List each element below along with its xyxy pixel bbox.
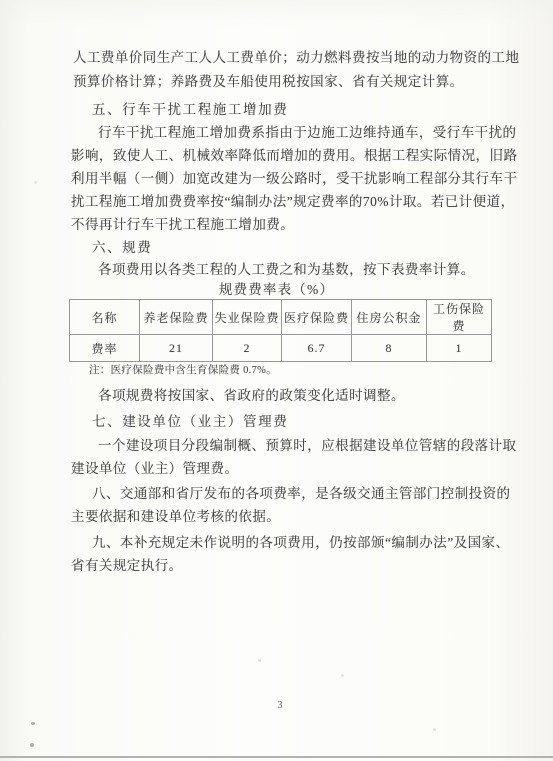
scan-speck bbox=[34, 181, 37, 184]
table-header-cell: 失业保险费 bbox=[213, 300, 282, 335]
text-line: 影响，致使人工、机械效率降低而增加的费用。根据工程实际情况，旧路 bbox=[71, 144, 517, 164]
text-line: 扰工程施工增加费费率按“编制办法”规定费率的70%计取。若已计便道， bbox=[71, 190, 515, 210]
text-line: 各项费用以各类工程的人工费之和为基数，按下表费率计算。 bbox=[98, 258, 475, 278]
page-number: 3 bbox=[0, 700, 553, 711]
text-line: 一个建设项目分段编制概、预算时，应根据建设单位管辖的段落计取 bbox=[98, 434, 517, 454]
text-line: 人工费单价同生产工人人工费单价；动力燃料费按当地的动力物资的工地 bbox=[73, 46, 519, 66]
section-9-line: 九、本补充规定未作说明的各项费用，仍按部颁“编制办法”及国家、 bbox=[92, 531, 509, 551]
scan-speck bbox=[433, 728, 436, 731]
table-header-cell: 医疗保险费 bbox=[282, 300, 352, 335]
text-line: 不得再计行车干扰工程施工增加费。 bbox=[71, 213, 294, 233]
table-header-cell: 工伤保险费 bbox=[427, 300, 492, 335]
table-value-cell: 8 bbox=[352, 335, 427, 362]
table-row-label: 费率 bbox=[70, 335, 140, 362]
table-value-cell: 21 bbox=[140, 335, 213, 362]
table-value-cell: 2 bbox=[213, 335, 282, 362]
table-header-cell: 名称 bbox=[70, 300, 140, 335]
table-footnote: 注：医疗保险费中含生育保险费 0.7%。 bbox=[89, 362, 277, 377]
scanned-document-page: 人工费单价同生产工人人工费单价；动力燃料费按当地的动力物资的工地 预算价格计算；… bbox=[0, 0, 553, 761]
text-line: 建设单位（业主）管理费。 bbox=[71, 457, 238, 477]
scan-bottom-edge bbox=[0, 756, 553, 758]
section-7-heading: 七、建设单位（业主）管理费 bbox=[92, 410, 288, 430]
table-header-cell: 住房公积金 bbox=[352, 300, 427, 335]
text-line: 预算价格计算；养路费及车船使用税按国家、省有关规定计算。 bbox=[73, 70, 464, 90]
scan-speck bbox=[30, 743, 34, 747]
section-5-heading: 五、行车干扰工程施工增加费 bbox=[92, 98, 288, 118]
text-line: 行车干扰工程施工增加费系指由于边施工边维持通车，受行车干扰的 bbox=[98, 121, 517, 141]
scan-speck bbox=[341, 674, 344, 677]
section-8-line: 八、交通部和省厅发布的各项费率，是各级交通主管部门控制投资的 bbox=[92, 482, 511, 502]
table-value-row: 费率 21 2 6.7 8 1 bbox=[70, 335, 492, 362]
table-value-cell: 1 bbox=[427, 335, 492, 362]
table-header-cell: 养老保险费 bbox=[140, 300, 213, 335]
text-line: 省有关规定执行。 bbox=[71, 554, 183, 574]
text-line: 各项规费将按国家、省政府的政策变化适时调整。 bbox=[98, 384, 405, 404]
table-header-row: 名称 养老保险费 失业保险费 医疗保险费 住房公积金 工伤保险费 bbox=[70, 300, 492, 335]
table-value-cell: 6.7 bbox=[282, 335, 352, 362]
scan-speck bbox=[31, 722, 35, 725]
fee-table-caption: 规费费率表（%） bbox=[0, 278, 553, 298]
fee-rate-table: 名称 养老保险费 失业保险费 医疗保险费 住房公积金 工伤保险费 费率 21 2… bbox=[69, 299, 492, 362]
scan-speck bbox=[258, 659, 261, 662]
section-6-heading: 六、规费 bbox=[92, 236, 152, 256]
text-line: 主要依据和建设单位考核的依据。 bbox=[71, 505, 280, 525]
text-line: 利用半幅（一侧）加宽改建为一级公路时，受干扰影响工程部分其行车干 bbox=[71, 167, 517, 187]
